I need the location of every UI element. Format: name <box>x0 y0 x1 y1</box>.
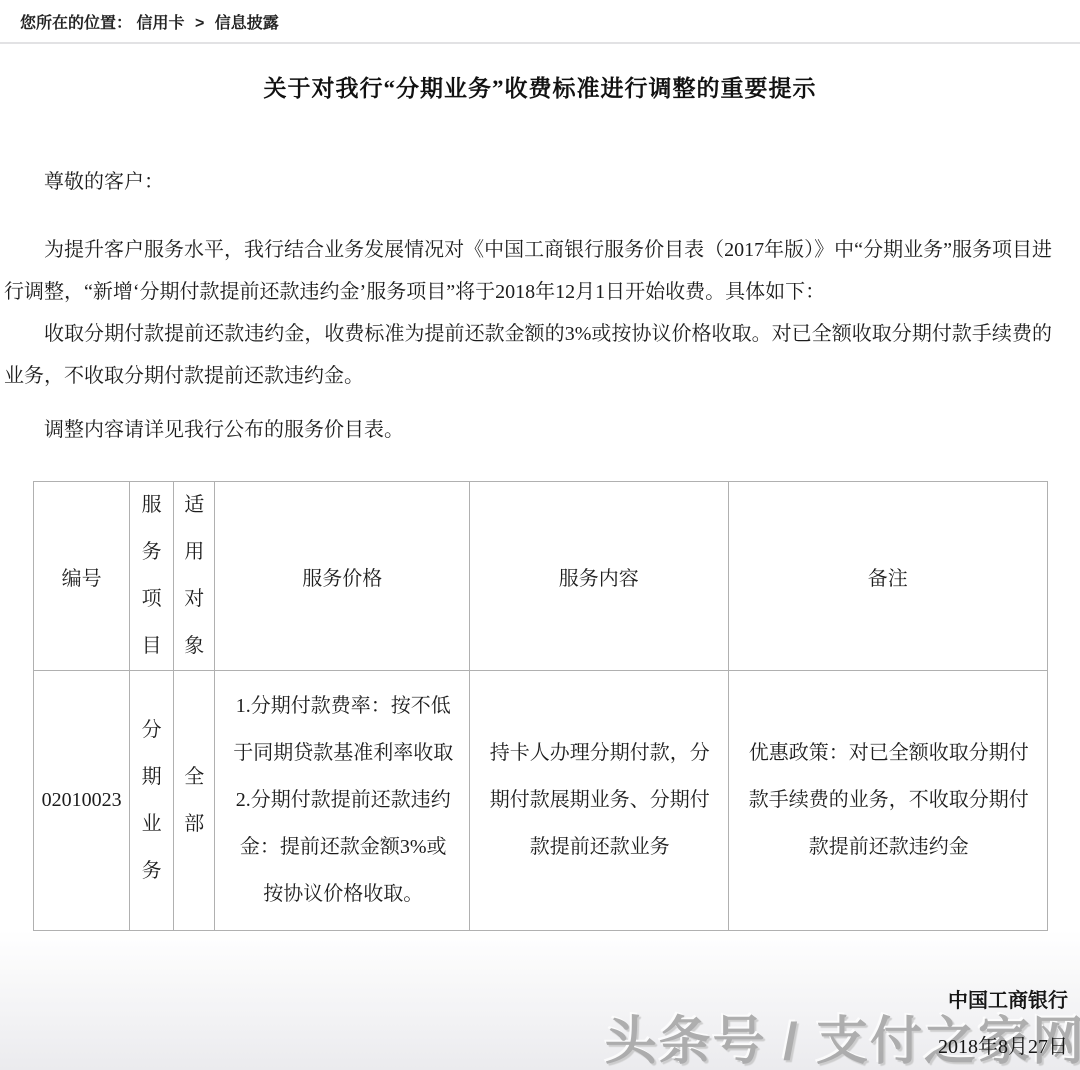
breadcrumb-link-info-disclosure[interactable]: 信息披露 <box>215 15 279 32</box>
paragraph-reference: 调整内容请详见我行公布的服务价目表。 <box>4 409 1052 451</box>
column-header-service-item: 服务项目 <box>130 482 174 671</box>
breadcrumb-separator: > <box>195 15 204 32</box>
cell-remark: 优惠政策：对已全额收取分期付款手续费的业务，不收取分期付款提前还款违约金 <box>728 671 1047 931</box>
breadcrumb-link-credit-card[interactable]: 信用卡 <box>136 15 184 32</box>
vertical-text: 适用对象 <box>183 482 205 670</box>
column-header-applicable: 适用对象 <box>173 482 215 671</box>
fee-table-data-row: 02010023 分期业务 全部 1.分期付款费率：按不低于同期贷款基准利率收取… <box>34 671 1048 931</box>
vertical-text: 服务项目 <box>141 482 163 670</box>
fee-table-header-row: 编号 服务项目 适用对象 服务价格 服务内容 备注 <box>34 482 1048 671</box>
signature-bank-name: 中国工商银行 <box>938 978 1068 1024</box>
salutation: 尊敬的客户： <box>4 161 1052 203</box>
breadcrumb-label: 您所在的位置： <box>20 15 132 32</box>
document-body: 尊敬的客户： 为提升客户服务水平，我行结合业务发展情况对《中国工商银行服务价目表… <box>0 161 1080 451</box>
paragraph-intro: 为提升客户服务水平，我行结合业务发展情况对《中国工商银行服务价目表（2017年版… <box>4 229 1052 313</box>
column-header-number: 编号 <box>34 482 130 671</box>
vertical-text: 全部 <box>183 754 205 848</box>
header-divider <box>0 42 1080 44</box>
signature-date: 2018年8月27日 <box>938 1024 1068 1070</box>
breadcrumb: 您所在的位置： 信用卡 > 信息披露 <box>0 0 1080 42</box>
cell-service-item: 分期业务 <box>130 671 174 931</box>
page-title: 关于对我行“分期业务”收费标准进行调整的重要提示 <box>0 70 1080 103</box>
column-header-remark: 备注 <box>728 482 1047 671</box>
price-line-1: 1.分期付款费率：按不低于同期贷款基准利率收取 <box>231 683 455 777</box>
signature-block: 中国工商银行 2018年8月27日 <box>938 978 1068 1070</box>
cell-service-content: 持卡人办理分期付款，分期付款展期业务、分期付款提前还款业务 <box>469 671 728 931</box>
paragraph-fee-rule: 收取分期付款提前还款违约金，收费标准为提前还款金额的3%或按协议价格收取。对已全… <box>4 313 1052 397</box>
vertical-text: 分期业务 <box>141 707 163 895</box>
document-page: 您所在的位置： 信用卡 > 信息披露 关于对我行“分期业务”收费标准进行调整的重… <box>0 0 1080 1070</box>
price-line-2: 2.分期付款提前还款违约金：提前还款金额3%或按协议价格收取。 <box>231 777 455 918</box>
column-header-service-content: 服务内容 <box>469 482 728 671</box>
fee-table: 编号 服务项目 适用对象 服务价格 服务内容 备注 02010023 分期业务 … <box>33 481 1048 931</box>
cell-service-price: 1.分期付款费率：按不低于同期贷款基准利率收取 2.分期付款提前还款违约金：提前… <box>215 671 470 931</box>
cell-number: 02010023 <box>34 671 130 931</box>
cell-applicable: 全部 <box>173 671 215 931</box>
column-header-service-price: 服务价格 <box>215 482 470 671</box>
